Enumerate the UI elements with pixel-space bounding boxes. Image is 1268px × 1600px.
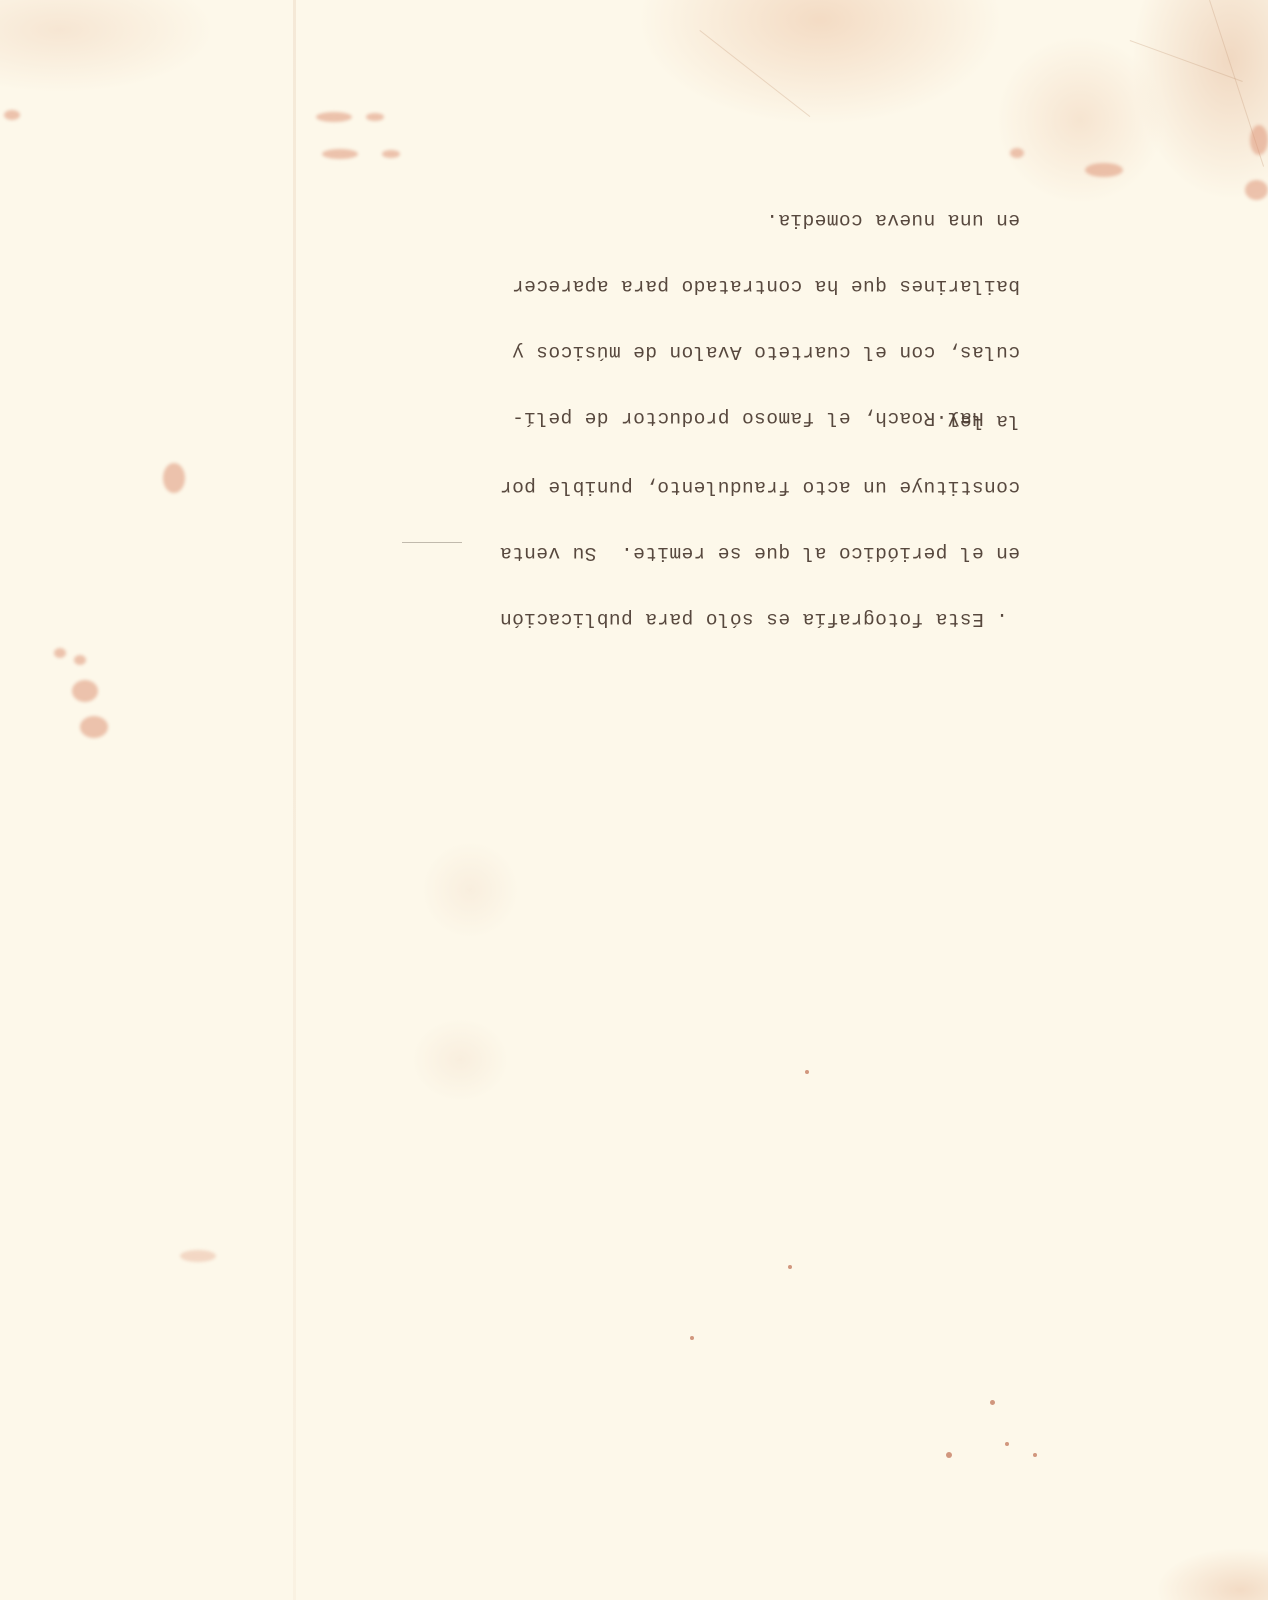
stain (382, 150, 400, 158)
caption-line: bailarines que ha contratado para aparec… (300, 275, 1020, 297)
stain (80, 716, 108, 738)
spot (690, 1336, 694, 1340)
stain (1250, 125, 1268, 155)
stain (74, 655, 86, 665)
legal-notice-paragraph: . Esta fotografía es sólo para publicaci… (300, 366, 1020, 674)
spot (1005, 1442, 1009, 1446)
stain (1010, 148, 1024, 158)
spot (990, 1400, 995, 1405)
stain (316, 112, 352, 122)
caption-line: culas, con el cuarteto Avalon de músicos… (300, 341, 1020, 363)
spot (1033, 1453, 1037, 1457)
spot (788, 1265, 792, 1269)
stain (180, 1250, 216, 1262)
notice-line: en el periódico al que se remite. Su ven… (300, 542, 1020, 564)
stain (54, 648, 66, 658)
crease (699, 30, 810, 117)
stain (1085, 163, 1123, 177)
stain (366, 113, 384, 121)
fold-line (293, 0, 296, 1600)
photo-back-paper: Hal Roach, el famoso productor de pelí- … (0, 0, 1268, 1600)
notice-line: la ley. (300, 410, 1020, 432)
stain (72, 680, 98, 702)
stain (1245, 180, 1268, 200)
notice-line: . Esta fotografía es sólo para publicaci… (300, 608, 1020, 630)
notice-line: constituye un acto fraudulento, punible … (300, 476, 1020, 498)
stain (4, 110, 20, 120)
spot (946, 1452, 952, 1458)
stain (322, 149, 358, 159)
caption-line: en una nueva comedia. (300, 209, 1020, 231)
spot (805, 1070, 809, 1074)
stain (163, 463, 185, 493)
crease (1130, 40, 1243, 82)
